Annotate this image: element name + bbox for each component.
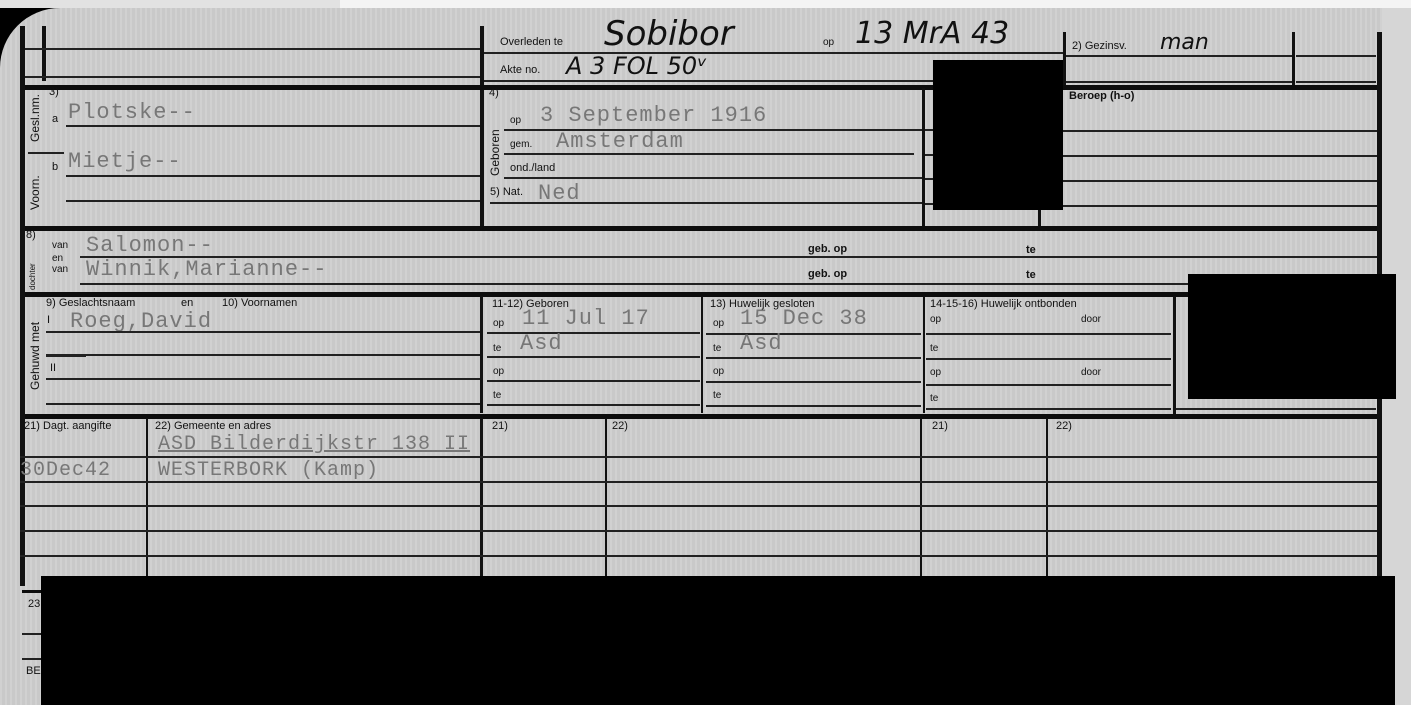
rule (706, 357, 921, 359)
rule (926, 358, 1171, 360)
rule (487, 356, 700, 358)
scan-background: Overleden te Sobibor op 13 MrA 43 Akte n… (0, 0, 1411, 705)
rule (46, 354, 480, 356)
rule (504, 153, 914, 155)
rule (1176, 408, 1376, 410)
van-label: van (52, 240, 68, 251)
rule (20, 530, 1377, 532)
divider (146, 418, 148, 578)
rule (706, 405, 921, 407)
rule (28, 152, 64, 154)
gehuwd-met-vertical-label: Gehuwd met (28, 322, 42, 390)
rule (20, 555, 1377, 557)
van-label: van (52, 264, 68, 275)
en-label: en (52, 253, 63, 264)
divider (480, 418, 483, 578)
rule (20, 505, 1377, 507)
col-21-header: 21) (932, 420, 948, 432)
akte-number: A 3 FOL 50ᵛ (566, 52, 707, 80)
address-date-2: 30Dec42 (20, 459, 111, 482)
rule (66, 125, 480, 127)
voornamen-header: 10) Voornamen (222, 297, 297, 309)
rule (484, 80, 934, 82)
birth-municipality: Amsterdam (556, 129, 684, 154)
rule (1062, 130, 1377, 132)
nat-label: 5) Nat. (490, 186, 523, 198)
rule (46, 354, 86, 357)
rule (1062, 205, 1377, 207)
section-divider (25, 414, 1377, 419)
top-margin (340, 0, 1411, 8)
geslachtsnaam-header: 9) Geslachtsnaam (46, 297, 135, 309)
divider (480, 296, 483, 413)
te-label: te (493, 390, 501, 401)
spouse-1-birth-date: 11 Jul 17 (522, 306, 650, 331)
rule (66, 200, 480, 202)
rule (20, 481, 1377, 483)
divider (701, 296, 703, 413)
rule (706, 333, 921, 335)
marriage-place: Asd (740, 331, 783, 356)
marriage-dissolved-header: 14-15-16) Huwelijk ontbonden (930, 298, 1077, 310)
rule (20, 456, 1377, 458)
row-23-label: 23 (28, 598, 40, 610)
te-label: te (930, 393, 938, 404)
given-names: Mietje-- (68, 149, 182, 174)
divider (1046, 418, 1048, 578)
rule (1296, 55, 1376, 57)
gezinsv-label: 2) Gezinsv. (1072, 40, 1127, 52)
top-margin (0, 0, 340, 8)
divider (42, 26, 46, 81)
mother-name: Winnik,Marianne-- (86, 257, 327, 282)
gezinsv-value: man (1160, 30, 1209, 55)
dochter-vertical-label: dochter (28, 263, 37, 290)
te-label: te (713, 343, 721, 354)
dagt-aangifte-header: 21) Dagt. aangifte (24, 420, 111, 432)
op-label: op (713, 318, 724, 329)
surname: Plotske-- (68, 100, 196, 125)
rule (487, 332, 700, 334)
en-header: en (181, 297, 193, 309)
spouse-1-birth-place: Asd (520, 331, 563, 356)
rule (1066, 81, 1292, 83)
father-name: Salomon-- (86, 233, 214, 258)
roman-ii: II (50, 362, 56, 374)
rule (25, 48, 480, 50)
op-label: op (493, 318, 504, 329)
te-label: te (930, 343, 938, 354)
rule (22, 633, 42, 635)
rule (926, 384, 1171, 386)
divider (1292, 32, 1295, 88)
rule (1062, 180, 1377, 182)
col-22-header: 22) (1056, 420, 1072, 432)
birth-date: 3 September 1916 (540, 103, 767, 128)
divider (920, 418, 922, 578)
death-place: Sobibor (604, 14, 734, 54)
rule (46, 403, 480, 405)
geb-op-label: geb. op (808, 268, 847, 280)
op-label: op (823, 37, 834, 48)
geb-op-label: geb. op (808, 243, 847, 255)
death-date: 13 MrA 43 (855, 16, 1009, 51)
voorn-vertical-label: Voorn. (28, 175, 42, 210)
door-label: door (1081, 367, 1101, 378)
rule (926, 333, 1171, 335)
divider (1173, 296, 1176, 414)
rule (1066, 55, 1292, 57)
door-label: door (1081, 314, 1101, 325)
divider (922, 88, 925, 226)
rule (25, 76, 480, 78)
rule (22, 658, 42, 660)
redaction-block (1188, 274, 1396, 399)
geboren-vertical-label: Geboren (488, 129, 502, 176)
address-entry-1: ASD Bilderdijkstr 138 II (158, 433, 470, 456)
roman-i: I (47, 314, 50, 326)
beroep-label: Beroep (h-o) (1069, 90, 1134, 102)
op-label: op (510, 115, 521, 126)
b-label: b (52, 161, 58, 173)
op-label: op (713, 366, 724, 377)
gesl-nm-vertical-label: Gesl.nm. (28, 94, 42, 142)
section-number-4: 4) (489, 87, 499, 99)
left-border (20, 26, 25, 586)
te-label: te (1026, 269, 1036, 281)
gem-label: gem. (510, 139, 532, 150)
te-label: te (493, 343, 501, 354)
rule (926, 408, 1171, 410)
ond-land-label: ond./land (510, 162, 555, 174)
rule (80, 283, 1377, 285)
te-label: te (713, 390, 721, 401)
col-21-header: 21) (492, 420, 508, 432)
marriage-date: 15 Dec 38 (740, 306, 868, 331)
rule (487, 404, 700, 406)
redaction-block (41, 576, 1395, 705)
section-divider (22, 590, 42, 593)
section-number-3: 3) (49, 86, 59, 98)
col-22-header: 22) (612, 420, 628, 432)
rule (46, 331, 480, 333)
section-number-8: 8) (26, 229, 36, 241)
op-label: op (493, 366, 504, 377)
gemeente-adres-header: 22) Gemeente en adres (155, 420, 271, 432)
divider (605, 418, 607, 578)
rule (66, 175, 480, 177)
rule (1296, 81, 1376, 83)
divider (480, 26, 484, 226)
rule (504, 177, 922, 179)
op-label: op (930, 367, 941, 378)
rule (490, 202, 922, 204)
te-label: te (1026, 244, 1036, 256)
divider (1063, 32, 1066, 87)
rule (1062, 155, 1377, 157)
akte-label: Akte no. (500, 64, 540, 76)
address-entry-2: WESTERBORK (Kamp) (158, 459, 379, 482)
overleden-label: Overleden te (500, 36, 563, 48)
section-divider (25, 85, 1377, 90)
rule (487, 380, 700, 382)
section-divider (25, 226, 1377, 231)
op-label: op (930, 314, 941, 325)
redaction-block (933, 60, 1063, 210)
divider (923, 296, 925, 413)
row-be-label: BE (26, 665, 41, 677)
rule (706, 381, 921, 383)
rule (46, 378, 480, 380)
a-label: a (52, 113, 58, 125)
